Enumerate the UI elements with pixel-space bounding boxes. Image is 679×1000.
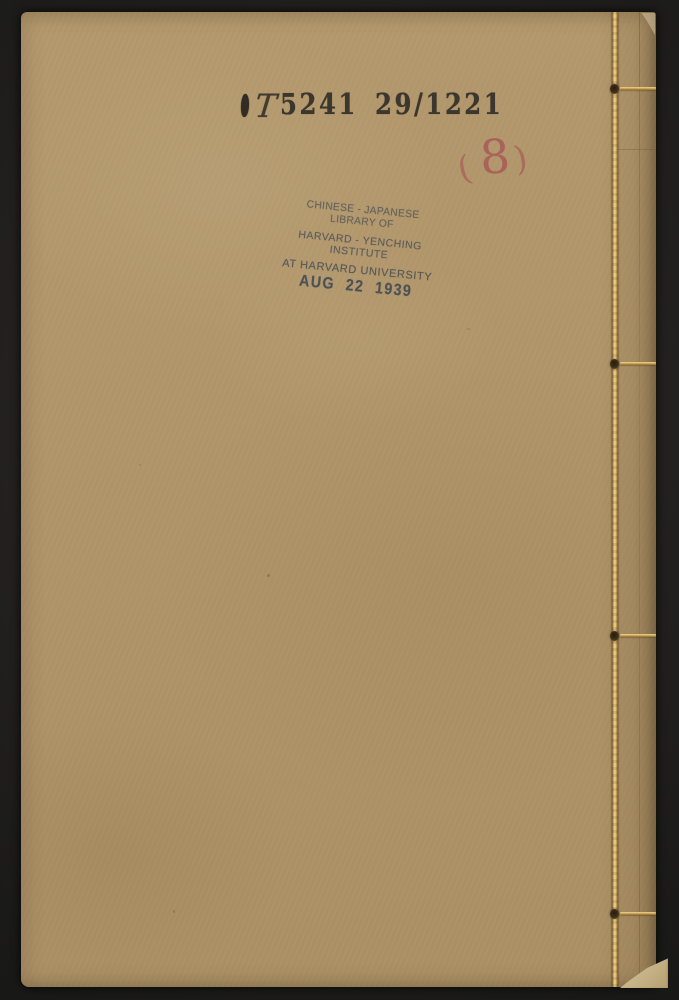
paper-speck: [139, 464, 141, 466]
book-cover: [21, 12, 656, 987]
volume-number-digit: 8: [478, 133, 511, 182]
paper-speck: [173, 910, 175, 913]
library-stamp: CHINESE - JAPANESE LIBRARY OF HARVARD - …: [274, 196, 444, 303]
cover-fold-line: [639, 12, 640, 987]
binding-thread-vertical: [612, 12, 618, 987]
stitch-hole: [610, 909, 619, 919]
call-number-class: 5241: [280, 90, 358, 119]
scanned-book-photo: T 5241 29/1221 ( 8 ) CHINESE - JAPANESE …: [0, 0, 679, 1000]
call-number-letter: T: [253, 90, 278, 122]
ink-blot-mark: [240, 94, 250, 118]
binding-thread-horizontal: [620, 87, 656, 90]
paper-speck: [467, 328, 470, 330]
binding-thread-horizontal: [620, 362, 656, 365]
red-volume-number: ( 8 ): [456, 136, 540, 196]
call-number-shelf: 29/1221: [375, 90, 503, 119]
volume-number-open-paren: (: [454, 151, 475, 187]
stitch-hole: [610, 359, 619, 369]
binding-thread-horizontal: [620, 634, 656, 637]
volume-number-close-paren: ): [511, 141, 530, 177]
binding-thread-horizontal: [620, 912, 656, 915]
stitch-hole: [610, 84, 619, 94]
stitch-hole: [610, 631, 619, 641]
paper-speck: [267, 574, 270, 577]
call-number-stamp: T 5241 29/1221: [241, 90, 528, 124]
cover-crease: [617, 149, 656, 150]
